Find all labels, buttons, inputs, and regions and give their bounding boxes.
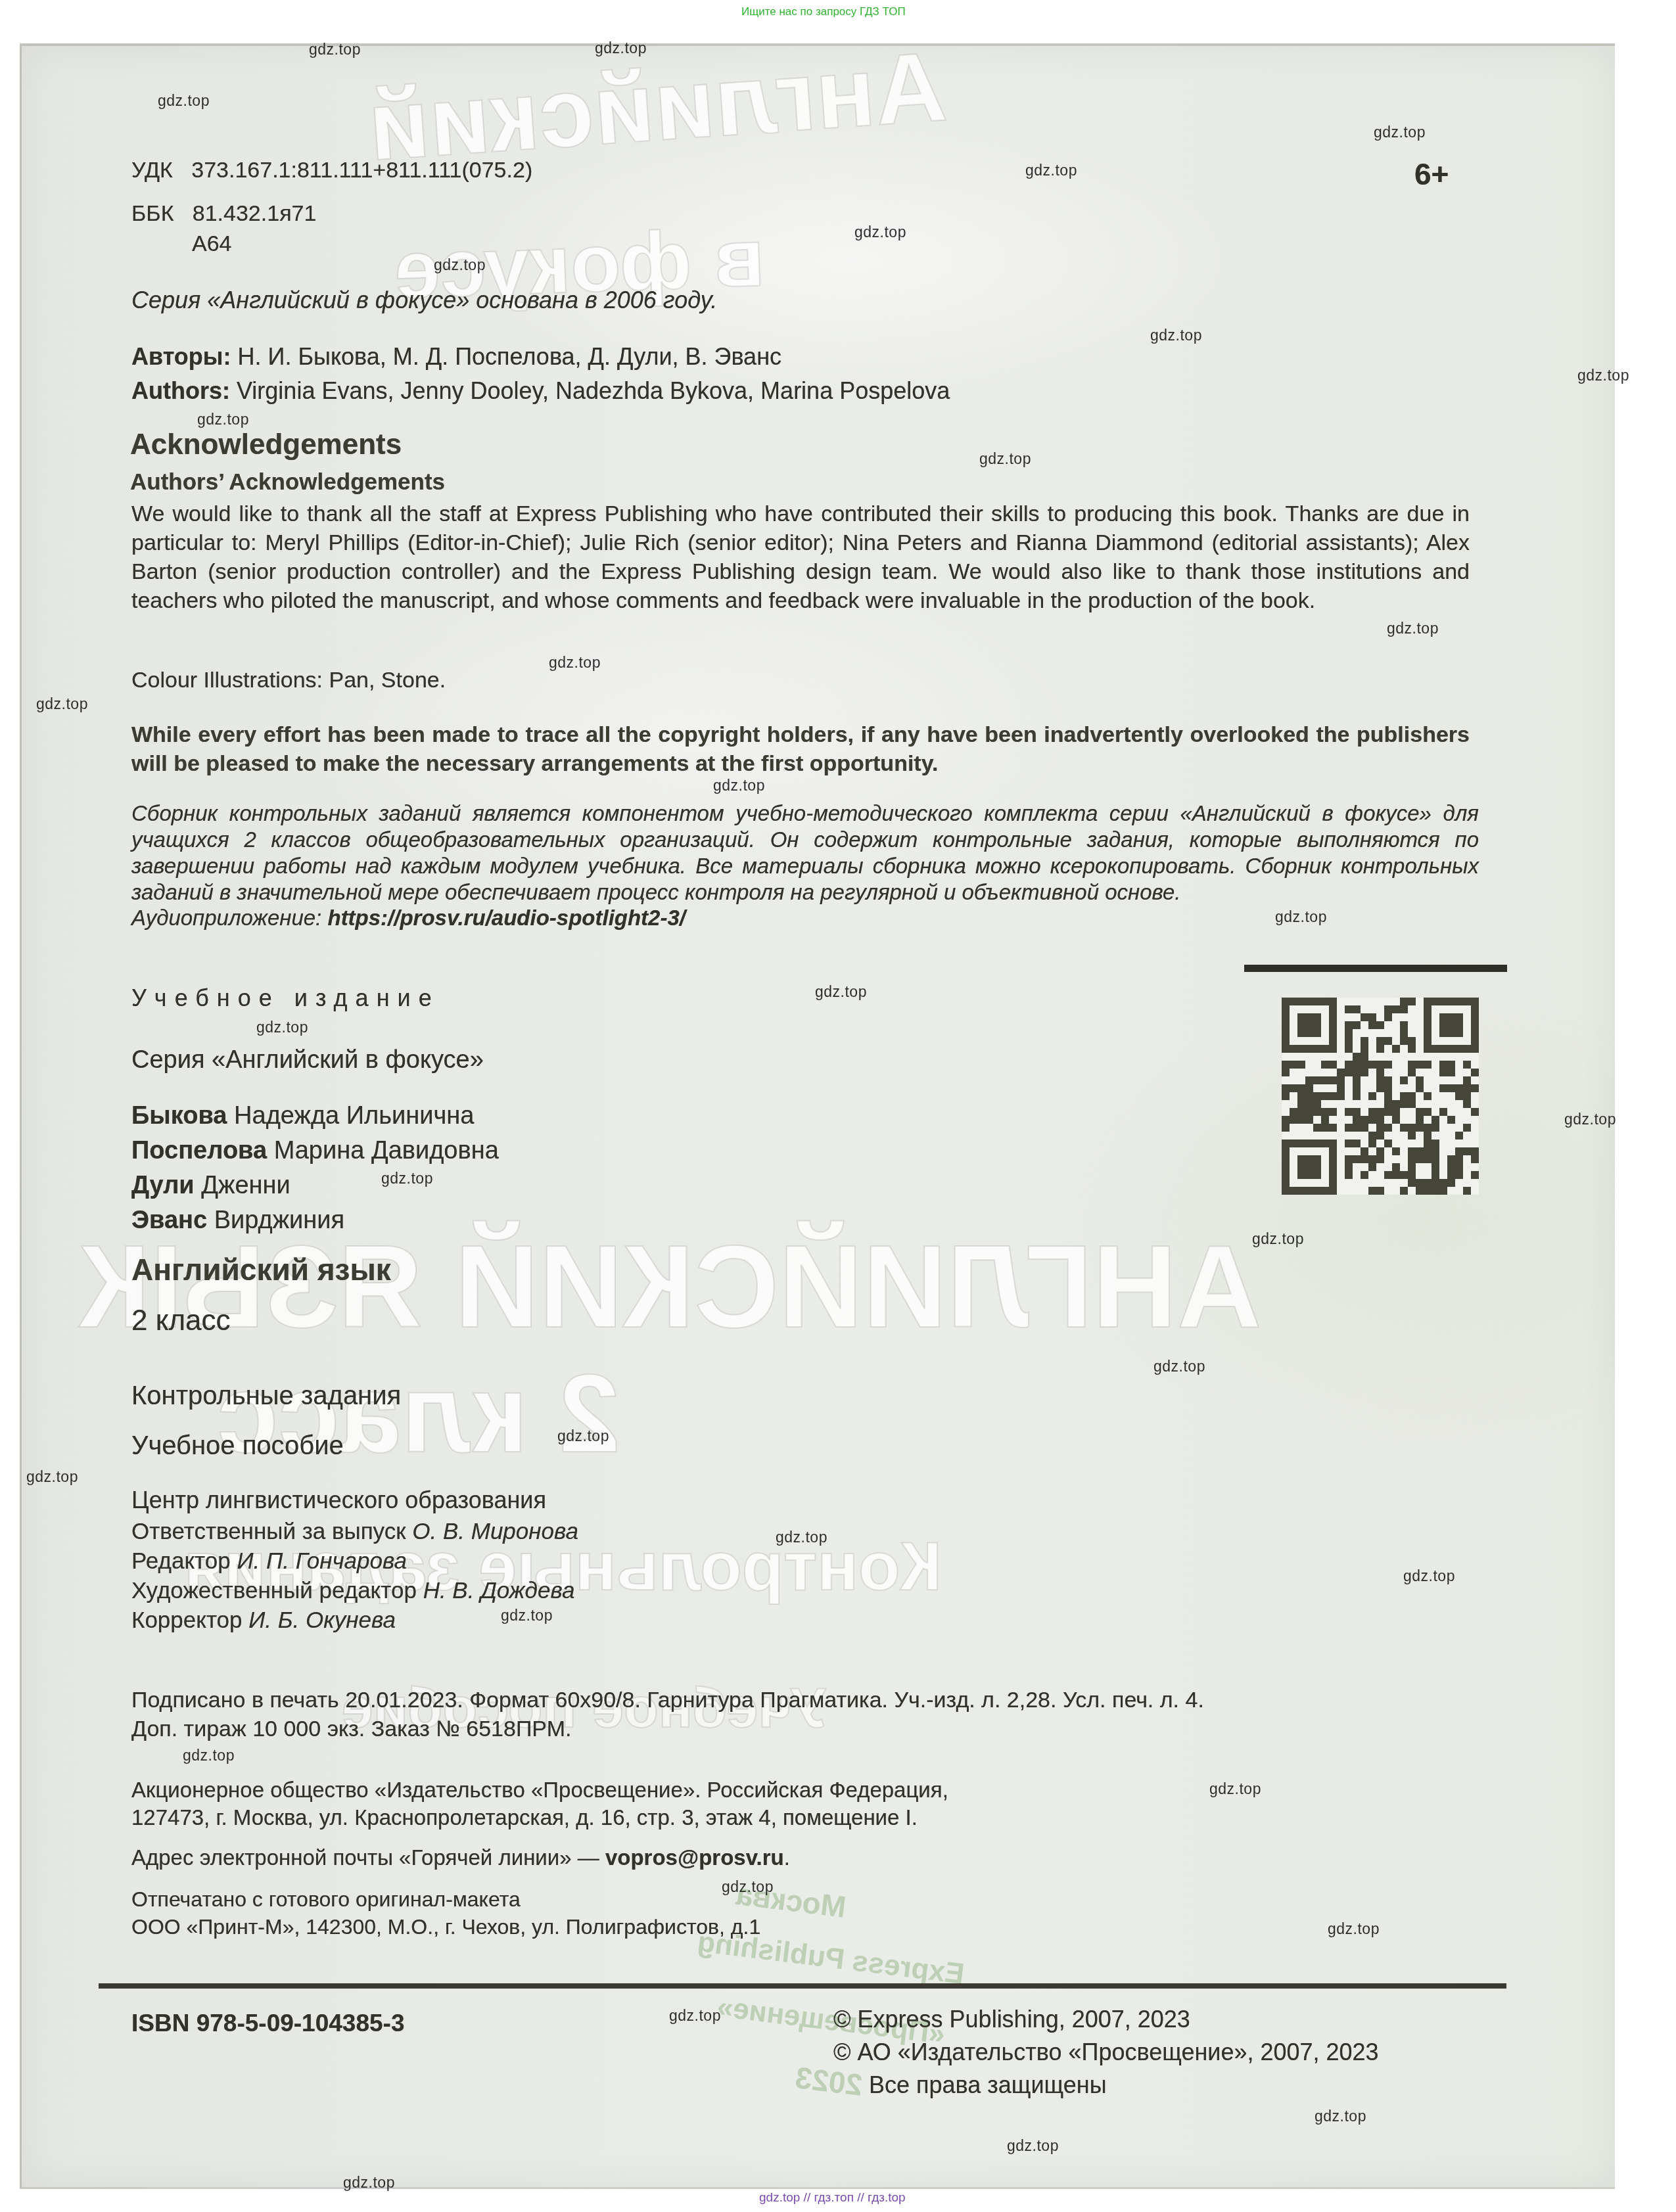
print-line1: Подписано в печать 20.01.2023. Формат 60… [131,1688,1485,1713]
lingv-center: Центр лингвистического образования [131,1486,546,1514]
gdz-watermark: gdz.top [1328,1920,1380,1938]
gdz-watermark: gdz.top [501,1607,553,1624]
gdz-watermark: gdz.top [1403,1567,1455,1585]
printed-line1: Отпечатано с готового оригинал-макета [131,1887,521,1912]
gdz-watermark: gdz.top [1387,620,1439,637]
udk-line: УДК 373.167.1:811.111+811.111(075.2) [131,158,532,183]
audio-line: Аудиоприложение: https://prosv.ru/audio-… [131,906,686,931]
publisher-line1: Акционерное общество «Издательство «Прос… [131,1778,948,1803]
copyright-express: © Express Publishing, 2007, 2023 [833,2006,1190,2033]
gdz-watermark: gdz.top [557,1427,609,1445]
gdz-watermark: gdz.top [1150,327,1202,344]
gdz-top-note: Ищите нас по запросу ГДЗ ТОП [741,5,906,18]
gdz-watermark: gdz.top [1374,124,1426,141]
rights-line: Все права защищены [869,2071,1107,2099]
gdz-watermark: gdz.top [549,654,601,672]
qr-code [1282,998,1479,1195]
isbn: ISBN 978-5-09-104385-3 [131,2010,404,2037]
gdz-watermark: gdz.top [1007,2137,1059,2155]
authors-en-line: Authors: Virginia Evans, Jenny Dooley, N… [131,377,950,405]
email-line: Адрес электронной почты «Горячей линии» … [131,1845,790,1870]
gdz-watermark: gdz.top [669,2007,721,2025]
subject-title: Английский язык [131,1252,391,1287]
authors-ru-label: Авторы: [131,343,231,370]
author-line: Быкова Надежда Ильинична [131,1099,499,1134]
udk-value: 373.167.1:811.111+811.111(075.2) [191,158,532,183]
gdz-watermark: gdz.top [854,223,906,241]
gdz-watermark: gdz.top [1153,1358,1205,1375]
copyright-prosv: © АО «Издательство «Просвещение», 2007, … [833,2039,1379,2066]
bbk-line: ББК 81.432.1я71 [131,201,316,227]
book-type: Контрольные задания [131,1381,401,1411]
author-line: Эванс Вирджиния [131,1203,499,1238]
series-note: Серия «Английский в фокусе» основана в 2… [131,287,717,314]
bbk-label: ББК [131,201,174,226]
authors-en-label: Authors: [131,377,230,404]
footer-rule [99,1983,1506,1989]
staff-line: Редактор И. П. Гончарова [131,1546,578,1576]
authors-ru-names: Н. И. Быкова, М. Д. Поспелова, Д. Дули, … [238,343,781,370]
gdz-watermark: gdz.top [434,256,486,274]
gdz-watermark: gdz.top [1025,162,1077,179]
author-line: Поспелова Марина Давидовна [131,1134,499,1168]
gdz-watermark: gdz.top [815,983,867,1001]
gdz-watermark: gdz.top [1275,908,1327,926]
authors-en-names: Virginia Evans, Jenny Dooley, Nadezhda B… [237,377,950,404]
author-code: А64 [192,231,232,257]
bleed-dark-bar [1244,965,1507,972]
audio-url: https://prosv.ru/audio-spotlight2-3/ [327,906,686,930]
gdz-watermark: gdz.top [158,92,210,110]
gdz-watermark: gdz.top [722,1878,774,1896]
printed-line2: ООО «Принт-М», 142300, М.О., г. Чехов, у… [131,1915,760,1939]
gdz-watermark: gdz.top [713,777,765,795]
bbk-value: 81.432.1я71 [193,201,317,226]
gdz-watermark: gdz.top [1252,1230,1304,1248]
edition-authors: Быкова Надежда Ильинична Поспелова Марин… [131,1099,499,1238]
gdz-watermark: gdz.top [343,2174,395,2192]
author-line: Дули Дженни [131,1168,499,1203]
gdz-bottom-note: gdz.top // гдз.топ // гдз.top [759,2191,906,2205]
gdz-watermark: gdz.top [256,1019,308,1036]
gdz-watermark: gdz.top [1577,367,1629,384]
gdz-watermark: gdz.top [183,1747,235,1764]
gdz-watermark: gdz.top [776,1529,827,1546]
page-content: УДК 373.167.1:811.111+811.111(075.2) 6+ … [0,0,1676,2212]
copyright-notice: While every effort has been made to trac… [131,720,1470,778]
gdz-watermark: gdz.top [1564,1111,1616,1128]
scanned-colophon-page: Английский в фокусе АНГЛИЙСКИЙ ЯЗЫК 2 кл… [0,0,1676,2212]
gdz-watermark: gdz.top [381,1170,433,1187]
gdz-watermark: gdz.top [26,1468,78,1486]
grade-line: 2 класс [131,1304,231,1337]
colour-illustrations-line: Colour Illustrations: Pan, Stone. [131,668,446,693]
gdz-watermark: gdz.top [979,450,1031,468]
acknowledgements-title: Acknowledgements [130,428,402,461]
publisher-line2: 127473, г. Москва, ул. Краснопролетарска… [131,1805,918,1830]
edition-kind: Учебное издание [131,984,440,1012]
staff-line: Ответственный за выпуск О. В. Миронова [131,1517,578,1546]
book-subtype: Учебное пособие [131,1431,344,1461]
gdz-watermark: gdz.top [1209,1780,1261,1798]
edition-series: Серия «Английский в фокусе» [131,1046,484,1074]
age-badge: 6+ [1414,156,1449,192]
authors-ru-line: Авторы: Н. И. Быкова, М. Д. Поспелова, Д… [131,343,781,371]
udk-label: УДК [131,158,173,183]
gdz-watermark: gdz.top [595,39,647,57]
audio-label: Аудиоприложение: [131,906,321,930]
acknowledgements-body: We would like to thank all the staff at … [131,499,1470,615]
gdz-watermark: gdz.top [1315,2108,1366,2125]
annotation-body: Сборник контрольных заданий является ком… [131,800,1479,906]
gdz-watermark: gdz.top [309,41,361,58]
acknowledgements-subtitle: Authors’ Acknowledgements [130,469,445,495]
gdz-watermark: gdz.top [197,411,249,428]
print-line2: Доп. тираж 10 000 экз. Заказ № 6518ПРМ. [131,1717,571,1742]
email-label: Адрес электронной почты «Горячей линии» … [131,1845,605,1870]
staff-line: Художественный редактор Н. В. Дождева [131,1576,578,1605]
gdz-watermark: gdz.top [36,695,88,713]
email-address: vopros@prosv.ru [605,1845,784,1870]
